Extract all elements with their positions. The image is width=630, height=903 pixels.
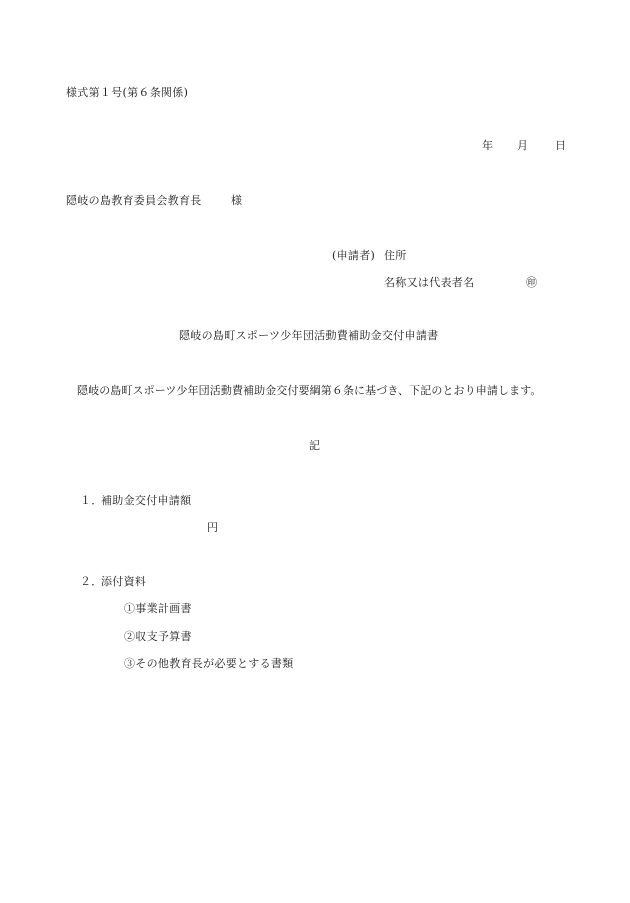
- item-1-number: １．: [80, 494, 103, 508]
- item-1-unit: 円: [207, 521, 218, 535]
- seal-mark-icon: ㊞: [526, 276, 537, 290]
- item-2-label: 添付資料: [101, 575, 146, 589]
- applicant-address-label: 住所: [384, 249, 407, 263]
- attachment-item: ①事業計画書: [124, 602, 192, 616]
- addressee-honorific: 様: [231, 194, 242, 208]
- ki-heading: 記: [309, 439, 320, 453]
- item-1-label: 補助金交付申請額: [101, 494, 191, 508]
- attachment-item: ②収支予算書: [124, 630, 192, 644]
- body-text: 隠岐の島町スポーツ少年団活動費補助金交付要綱第６条に基づき、下記のとおり申請しま…: [77, 384, 541, 398]
- document-title: 隠岐の島町スポーツ少年団活動費補助金交付申請書: [179, 329, 438, 343]
- applicant-name-label: 名称又は代表者名: [384, 276, 474, 290]
- item-2-number: ２．: [80, 575, 103, 589]
- applicant-label: (申請者): [332, 249, 375, 263]
- date-year-label: 年: [482, 139, 493, 153]
- addressee-name: 隠岐の島教育委員会教育長: [66, 194, 202, 208]
- attachment-item: ③その他教育長が必要とする書類: [124, 657, 294, 671]
- document-page: 様式第１号(第６条関係) 年 月 日 隠岐の島教育委員会教育長 様 (申請者) …: [0, 0, 630, 903]
- date-month-label: 月: [517, 139, 528, 153]
- date-day-label: 日: [555, 139, 566, 153]
- form-number: 様式第１号(第６条関係): [66, 86, 188, 100]
